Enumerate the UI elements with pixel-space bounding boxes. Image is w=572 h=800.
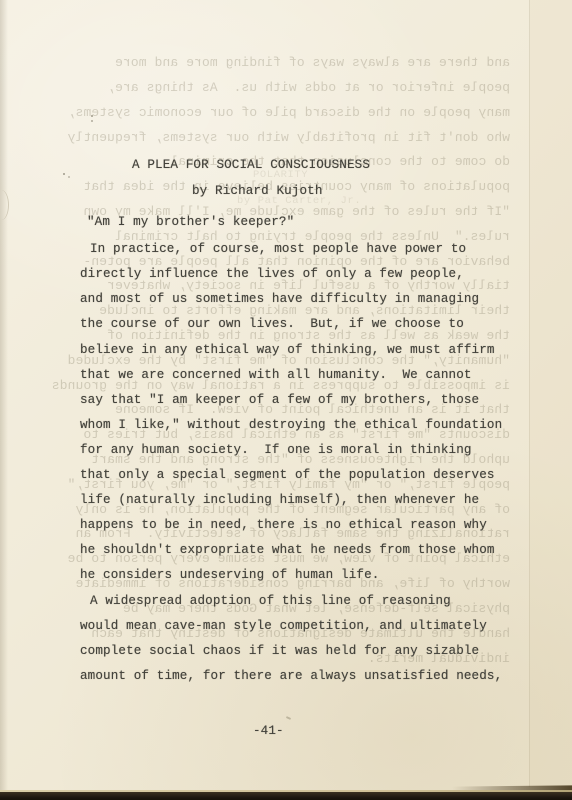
body-line: life (naturally including himself), then… [80,493,479,507]
body-line: "Am I my brother's keeper?" [87,215,294,229]
page-right-margin-shade [530,0,572,787]
body-line: complete social chaos if it was held for… [80,644,479,658]
body-line: say that "I am keeper of a few of my bro… [80,393,479,407]
scanned-page-photo: and there are always ways of finding mor… [0,0,572,800]
photo-bottom-edge [0,792,572,800]
body-line: he considers undeserving of human life. [80,568,379,582]
body-line: for any human society. If one is moral i… [80,443,472,457]
body-line: he shouldn't expropriate what he needs f… [80,543,495,557]
paper-speck [91,115,93,117]
page-number: -41- [253,724,284,738]
document-title: A PLEA FOR SOCIAL CONSCIOUSNESS [132,158,370,172]
body-line: the course of our own lives. But, if we … [80,317,464,331]
body-line: happens to be in need, there is no ethic… [80,518,487,532]
body-line: that only a special segment of the popul… [80,468,495,482]
body-line: whom I like," without destroying the eth… [80,418,502,432]
byline: by Richard Kujoth [192,184,323,198]
body-line: amount of time, for there are always uns… [80,669,502,683]
typescript-layer: A PLEA FOR SOCIAL CONSCIOUSNESSby Richar… [0,0,572,800]
body-line: and most of us sometimes have difficulty… [80,292,479,306]
body-line: directly influence the lives of only a f… [80,267,464,281]
body-line: A widespread adoption of this line of re… [90,594,451,608]
body-line: would mean cave-man style competition, a… [80,619,487,633]
body-line: In practice, of course, most people have… [90,242,466,256]
body-line: believe in any ethical way of thinking, … [80,343,495,357]
body-line: that we are concerned with all humanity.… [80,368,472,382]
page-left-edge-shadow [0,0,8,800]
paper-speck [63,173,65,175]
